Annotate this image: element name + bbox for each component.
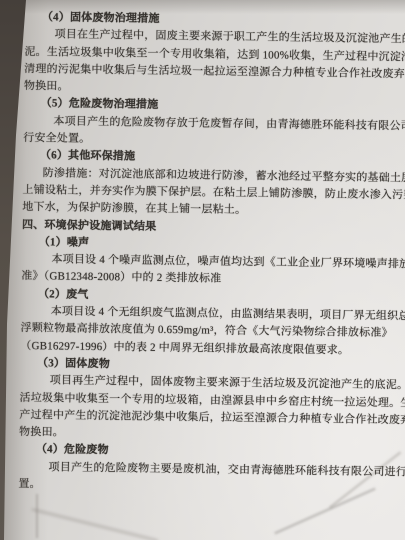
document-photo: （4）固体废物治理措施 项目在生产过程中，固废主要来源于职工产生的生活垃圾及沉淀… [0,0,405,540]
paper-crease [36,494,38,538]
paper-crease [32,508,159,540]
document-text: （4）固体废物治理措施 项目在生产过程中，固废主要来源于职工产生的生活垃圾及沉淀… [18,9,399,498]
paper-page: （4）固体废物治理措施 项目在生产过程中，固废主要来源于职工产生的生活垃圾及沉淀… [0,0,405,540]
